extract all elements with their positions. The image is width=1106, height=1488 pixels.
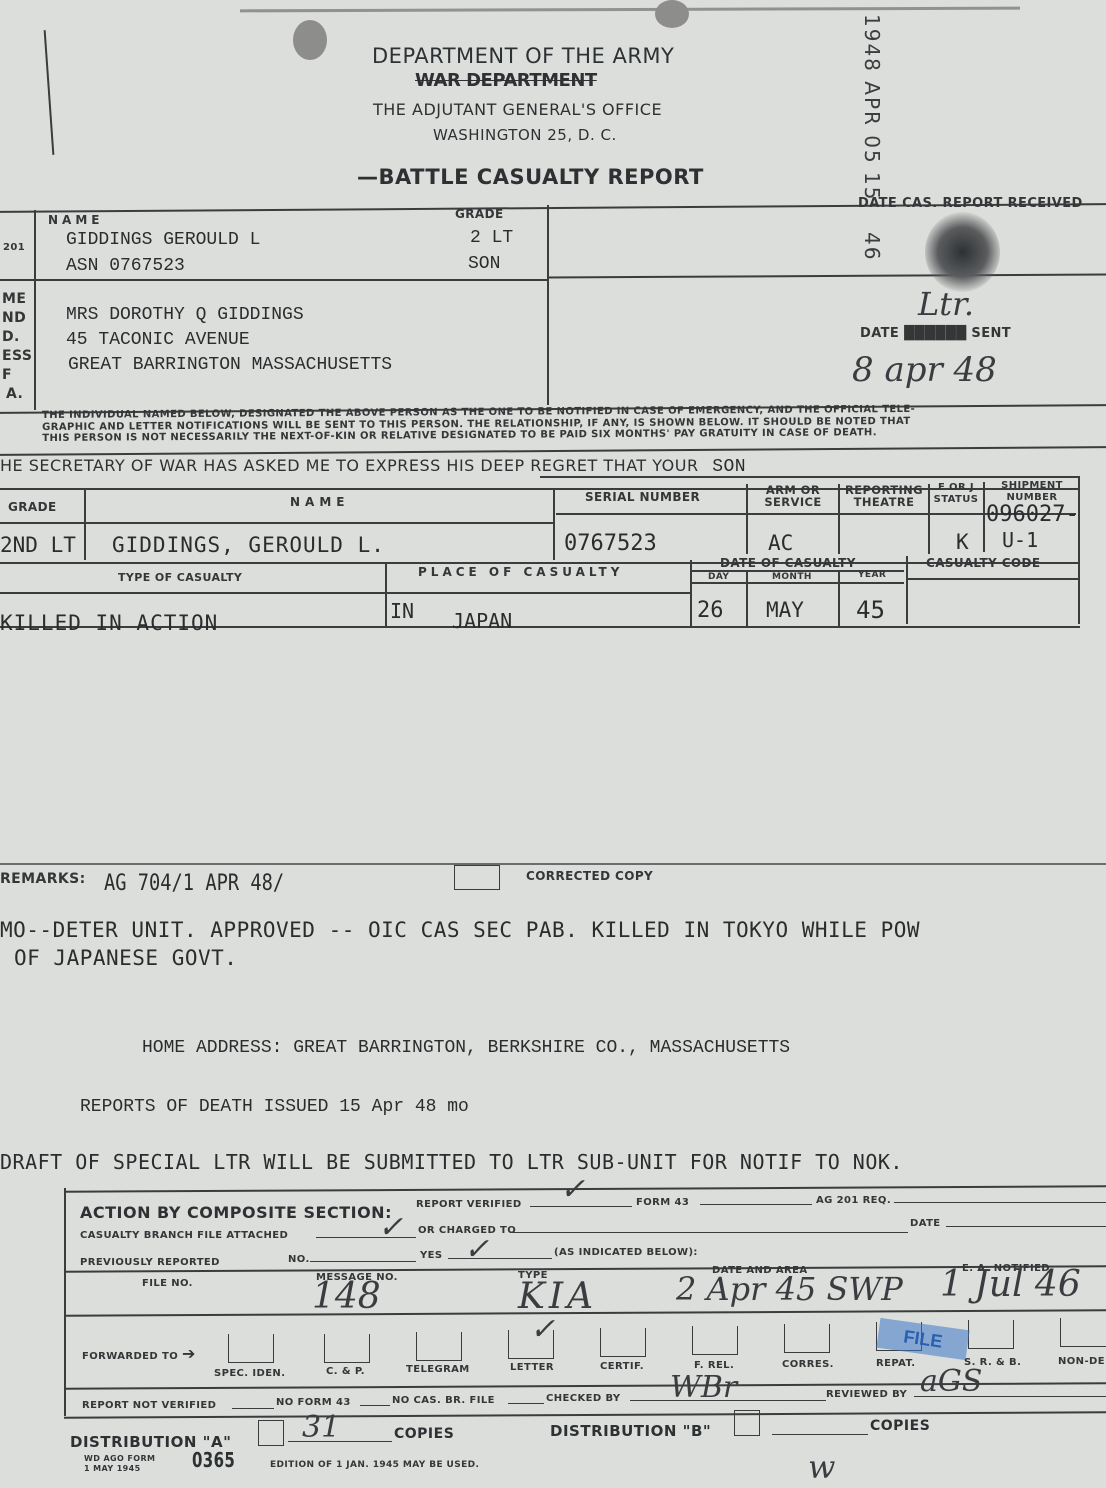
addressee-asn: ASN 0767523: [66, 256, 185, 276]
divider: [692, 582, 904, 584]
file-no-label: FILE NO.: [142, 1278, 193, 1289]
remarks-ref: AG 704/1 APR 48/: [104, 871, 284, 896]
label-non-de: NON-DE: [1058, 1356, 1105, 1367]
divider: [64, 1411, 1106, 1418]
grade-label: GRADE: [455, 207, 504, 221]
checkbox-corres[interactable]: [784, 1324, 830, 1353]
divider: [746, 572, 748, 626]
no-label: NO.: [288, 1254, 310, 1265]
col-serial: SERIAL NUMBER: [585, 490, 700, 504]
punch-hole: [655, 0, 689, 28]
distribution-a-checkbox[interactable]: [258, 1420, 284, 1446]
blank-line: [508, 1403, 544, 1404]
col-shipment: SHIPMENT NUMBER: [988, 480, 1076, 504]
label-letter: LETTER: [510, 1362, 554, 1373]
date-sent-label: DATE ██████ SENT: [860, 326, 1011, 341]
prev-reported-label: PREVIOUSLY REPORTED: [80, 1257, 220, 1268]
divider: [34, 279, 547, 281]
casualty-shipment-2: U-1: [1002, 528, 1038, 552]
checkbox-c-p[interactable]: [324, 1334, 370, 1363]
nok-street: 45 TACONIC AVENUE: [66, 330, 250, 350]
col-grade: GRADE: [8, 500, 57, 514]
divider: [746, 484, 748, 554]
blank-line: [310, 1261, 416, 1262]
remarks-label: REMARKS:: [0, 871, 86, 887]
file-ink-stamp: FILE: [876, 1318, 969, 1360]
checkbox-non-de[interactable]: [1060, 1318, 1106, 1347]
draft-notice: DRAFT OF SPECIAL LTR WILL BE SUBMITTED T…: [0, 1150, 903, 1174]
edition-note: EDITION OF 1 JAN. 1945 MAY BE USED.: [270, 1460, 479, 1470]
casualty-grade: 2ND LT: [0, 533, 76, 557]
torn-top-edge: [240, 7, 1020, 13]
date-label: DATE: [910, 1218, 941, 1229]
addressee-name: GIDDINGS GEROULD L: [66, 230, 260, 250]
divider: [0, 446, 1106, 455]
ink-blot: [925, 212, 1000, 292]
arrow-right-icon: ➔: [182, 1344, 196, 1363]
divider: [385, 562, 387, 628]
col-date: DATE OF CASUALTY: [720, 556, 856, 570]
corrected-copy-label: CORRECTED COPY: [526, 869, 653, 883]
home-address: HOME ADDRESS: GREAT BARRINGTON, BERKSHIR…: [142, 1038, 790, 1058]
checkmark-yes: ✓: [464, 1232, 489, 1267]
checkbox-f-rel[interactable]: [692, 1326, 738, 1355]
casualty-name: GIDDINGS, GEROULD L.: [112, 533, 385, 557]
divider: [64, 1188, 66, 1416]
casualty-year: 45: [856, 596, 885, 624]
hw-reviewed-by: aGS: [920, 1364, 982, 1399]
office-name: THE ADJUTANT GENERAL'S OFFICE: [373, 100, 662, 119]
divider: [906, 556, 908, 624]
hw-checked-by: WBr: [670, 1370, 737, 1405]
divider: [540, 476, 1080, 478]
handwritten-ltr: Ltr.: [918, 285, 974, 323]
divider: [0, 863, 1106, 865]
col-month: MONTH: [772, 572, 812, 582]
blank-line: [288, 1441, 392, 1442]
action-title: ACTION BY COMPOSITE SECTION:: [80, 1203, 392, 1222]
checkmark-report-verified: ✓: [560, 1172, 585, 1207]
checkbox-sr-b[interactable]: [968, 1320, 1014, 1349]
casualty-status: K: [956, 530, 969, 554]
checkbox-telegram[interactable]: [416, 1332, 462, 1361]
nok-city: GREAT BARRINGTON MASSACHUSETTS: [68, 355, 392, 375]
casualty-place: JAPAN: [452, 609, 512, 633]
casualty-month: MAY: [766, 598, 804, 622]
blank-line: [232, 1408, 274, 1409]
notice-text: THE INDIVIDUAL NAMED BELOW, DESIGNATED T…: [42, 404, 915, 445]
label-c-p: C. & P.: [326, 1366, 365, 1377]
divider: [553, 488, 555, 560]
form-name: WD AGO FORM 1 MAY 1945: [84, 1454, 155, 1474]
label-spec-iden: SPEC. IDEN.: [214, 1368, 285, 1379]
divider: [547, 205, 549, 405]
reviewed-by-label: REVIEWED BY: [826, 1389, 907, 1400]
divider: [983, 482, 985, 552]
col-code: CASUALTY CODE: [926, 556, 1040, 570]
department-title: DEPARTMENT OF THE ARMY: [372, 44, 674, 68]
blank-line: [894, 1202, 1106, 1203]
casualty-serial: 0767523: [564, 531, 657, 556]
col-arm: ARM OR SERVICE: [758, 484, 828, 508]
col-theatre: REPORTING THEATRE: [840, 484, 928, 508]
struck-department: WAR DEPARTMENT: [415, 70, 597, 91]
distribution-b-label: DISTRIBUTION "B": [550, 1422, 711, 1440]
casualty-day: 26: [697, 598, 724, 623]
checkbox-certif[interactable]: [600, 1328, 646, 1357]
copies-b-label: COPIES: [870, 1418, 930, 1434]
label-corres: CORRES.: [782, 1359, 834, 1370]
addressee-grade: 2 LT: [470, 228, 513, 248]
blank-line: [510, 1232, 908, 1233]
forwarded-to-label: FORWARDED TO ➔: [82, 1348, 196, 1363]
regret-statement: HE SECRETARY OF WAR HAS ASKED ME TO EXPR…: [0, 456, 746, 477]
blank-line: [772, 1434, 868, 1435]
casualty-place-prefix: IN: [390, 599, 414, 623]
no-form43-label: NO FORM 43: [276, 1397, 351, 1408]
left-margin-labels: ME ND D. ESS F A.: [2, 290, 32, 404]
hw-initial: w: [808, 1448, 835, 1486]
checkmark-cas-branch: ✓: [378, 1210, 403, 1245]
divider: [908, 578, 1078, 580]
checked-by-label: CHECKED BY: [546, 1393, 621, 1404]
label-certif: CERTIF.: [600, 1361, 644, 1372]
label-repat: REPAT.: [876, 1358, 915, 1369]
divider: [0, 522, 553, 524]
form43-label: FORM 43: [636, 1197, 689, 1208]
received-time-stamp-2: 46: [860, 232, 884, 261]
blank-line: [700, 1204, 812, 1205]
remarks-line-2: OF JAPANESE GOVT.: [14, 946, 237, 970]
col-year: YEAR: [858, 570, 886, 580]
punch-hole: [293, 20, 327, 60]
casualty-type: KILLED IN ACTION: [0, 611, 218, 635]
distribution-b-checkbox[interactable]: [734, 1410, 760, 1436]
hw-copies-a: 31: [302, 1410, 340, 1445]
divider: [838, 572, 840, 626]
pencil-mark: [44, 30, 55, 155]
reports-of-death: REPORTS OF DEATH ISSUED 15 Apr 48 mo: [80, 1097, 469, 1117]
received-date-stamp: 1948 APR 05: [860, 14, 884, 165]
label-201: 201: [3, 242, 25, 253]
col-type: TYPE OF CASUALTY: [118, 571, 242, 584]
form-title: —BATTLE CASUALTY REPORT: [357, 165, 704, 189]
nok-name: MRS DOROTHY Q GIDDINGS: [66, 305, 304, 325]
handwritten-date-sent: 8 apr 48: [852, 350, 997, 390]
hw-ea-notified: 1 Jul 46: [940, 1264, 1081, 1305]
name-label: NAME: [48, 213, 103, 227]
divider: [1078, 476, 1080, 624]
label-telegram: TELEGRAM: [406, 1364, 470, 1375]
checkbox-spec-iden[interactable]: [228, 1334, 274, 1363]
ag201-label: AG 201 REQ.: [816, 1195, 891, 1206]
report-verified-label: REPORT VERIFIED: [416, 1199, 522, 1210]
divider: [84, 490, 86, 560]
as-indicated-label: (AS INDICATED BELOW):: [554, 1247, 698, 1258]
col-status: F OR J STATUS: [930, 482, 982, 506]
divider: [0, 592, 690, 594]
date-received-label: DATE CAS. REPORT RECEIVED: [858, 196, 1083, 211]
office-city: WASHINGTON 25, D. C.: [433, 126, 617, 144]
col-name: NAME: [290, 495, 349, 509]
casualty-arm: AC: [768, 531, 793, 555]
divider: [34, 210, 36, 410]
addressee-relationship: SON: [468, 254, 500, 274]
blank-line: [360, 1405, 390, 1406]
blank-line: [946, 1226, 1106, 1227]
hw-message-no: 148: [312, 1276, 381, 1317]
col-place: PLACE OF CASUALTY: [418, 565, 623, 579]
casualty-shipment-1: 096027-: [986, 502, 1079, 527]
remarks-line-1: MO--DETER UNIT. APPROVED -- OIC CAS SEC …: [0, 918, 920, 942]
cas-branch-label: CASUALTY BRANCH FILE ATTACHED: [80, 1230, 288, 1241]
form-number: 0365: [192, 1448, 235, 1472]
divider: [0, 562, 1078, 564]
divider: [0, 279, 34, 281]
hw-date-area: 2 Apr 45 SWP: [676, 1270, 903, 1308]
copies-a-label: COPIES: [394, 1426, 454, 1442]
report-not-verified-label: REPORT NOT VERIFIED: [82, 1400, 216, 1411]
yes-label: YES: [420, 1250, 442, 1261]
corrected-copy-checkbox[interactable]: [454, 865, 500, 890]
divider: [547, 274, 1106, 278]
no-cas-br-file-label: NO CAS. BR. FILE: [392, 1395, 495, 1406]
checkmark-letter: ✓: [530, 1312, 555, 1347]
col-day: DAY: [708, 572, 729, 582]
hw-type: KIA: [518, 1276, 597, 1317]
